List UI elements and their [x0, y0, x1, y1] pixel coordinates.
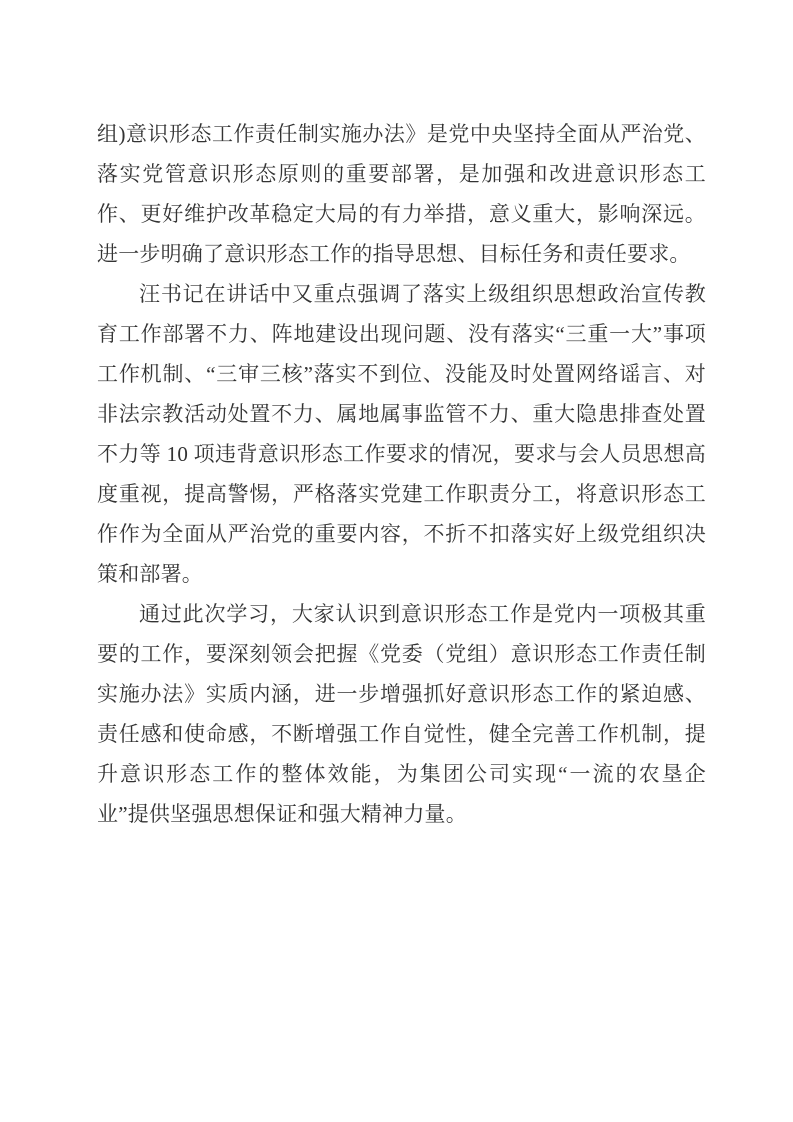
- document-body: 组)意识形态工作责任制实施办法》是党中央坚持全面从严治党、落实党管意识形态原则的…: [97, 114, 706, 834]
- document-page: 组)意识形态工作责任制实施办法》是党中央坚持全面从严治党、落实党管意识形态原则的…: [0, 0, 793, 1122]
- paragraph: 通过此次学习，大家认识到意识形态工作是党内一项极其重要的工作，要深刻领会把握《党…: [97, 594, 706, 834]
- paragraph: 汪书记在讲话中又重点强调了落实上级组织思想政治宣传教育工作部署不力、阵地建设出现…: [97, 274, 706, 594]
- paragraph-continuation: 组)意识形态工作责任制实施办法》是党中央坚持全面从严治党、落实党管意识形态原则的…: [97, 114, 706, 274]
